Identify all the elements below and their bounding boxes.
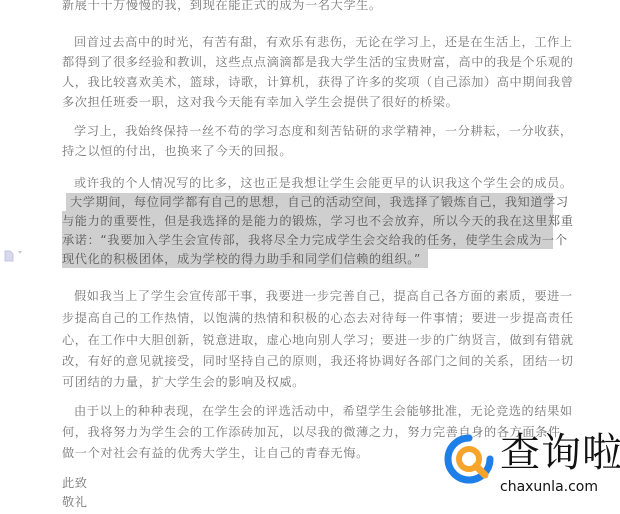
paste-options-icon[interactable] — [3, 247, 15, 259]
text-line: 与能力的重要性，但是我选择的是能力的锻炼，学习也不会放弃，所以今天的我在这里郑重 — [62, 213, 574, 229]
chevron-down-icon[interactable] — [18, 251, 22, 254]
text-line: 承诺：“我要加入学生会宣传部，我将尽全力完成学生会交给我的任务，使学生会成为一个 — [62, 232, 568, 248]
text-line: 持之以恒的付出，也换来了今天的回报。 — [62, 143, 292, 159]
text-line: 回首过去高中的时光，有苦有甜，有欢乐有悲伤，无论在学习上，还是在生活上，工作上 — [74, 34, 573, 50]
text-line: 由于以上的种种表现，在学生会的评选活动中，希望学生会能够批准，无论竞选的结果如 — [74, 403, 573, 419]
text-line: 改，有好的意见就接受，同时坚持自己的原则，我还将协调好各部门之间的关系，团结一切 — [62, 353, 574, 369]
partial-top-line: 新展十十万慢慢的我，到现在能正式的成为一名大学生。 — [62, 0, 382, 13]
watermark-cn-text: 查询啦 — [500, 428, 620, 478]
text-line: 做一个对社会有益的优秀大学生，让自己的青春无悔。 — [62, 445, 369, 461]
text-line: 大学期间，每位同学都有自己的思想，自己的活动空间，我选择了锻炼自己，我知道学习 — [70, 194, 569, 210]
document-page: 新展十十万慢慢的我，到现在能正式的成为一名大学生。 回首过去高中的时光，有苦有甜… — [0, 0, 620, 514]
text-line: 人，我比较喜欢美术，篮球，诗歌，计算机，获得了许多的奖项（自己添加）高中期间我曾 — [62, 74, 574, 90]
text-line: 都得到了很多经验和教训，这些点点滴滴都是我大学生活的宝贵财富，高中的我是个乐观的 — [62, 54, 574, 70]
magnifier-logo-icon — [444, 434, 494, 484]
closing-line: 敬礼 — [62, 494, 88, 510]
closing-line: 此致 — [62, 475, 88, 491]
text-line: 步提高自己的工作热情，以饱满的热情和积极的心态去对待每一件事情；要进一步提高责任 — [62, 310, 574, 326]
text-line: 心，在工作中大胆创新，锐意进取，虚心地向别人学习；要进一步的广纳贤言，做到有错就 — [62, 332, 574, 348]
text-line: 学习上，我始终保持一丝不苟的学习态度和刻苦钻研的求学精神，一分耕耘，一分收获， — [74, 123, 573, 139]
text-line: 假如我当上了学生会宣传部干事，我要进一步完善自己，提高自己各方面的素质，要进一 — [74, 288, 573, 304]
watermark-logo: 查询啦 chaxunla.com — [444, 428, 620, 508]
text-line: 多次担任班委一职，这对我今天能有幸加入学生会提供了很好的桥梁。 — [62, 94, 458, 110]
text-line: 或许我的个人情况写的比多，这也正是我想让学生会能更早的认识我这个学生会的成员。 — [74, 175, 573, 191]
text-line: 现代化的积极团体，成为学校的得力助手和同学们信赖的组织。” — [62, 251, 421, 267]
watermark-en-text: chaxunla.com — [500, 479, 598, 495]
text-line: 可团结的力量，扩大学生会的影响及权威。 — [62, 374, 305, 390]
